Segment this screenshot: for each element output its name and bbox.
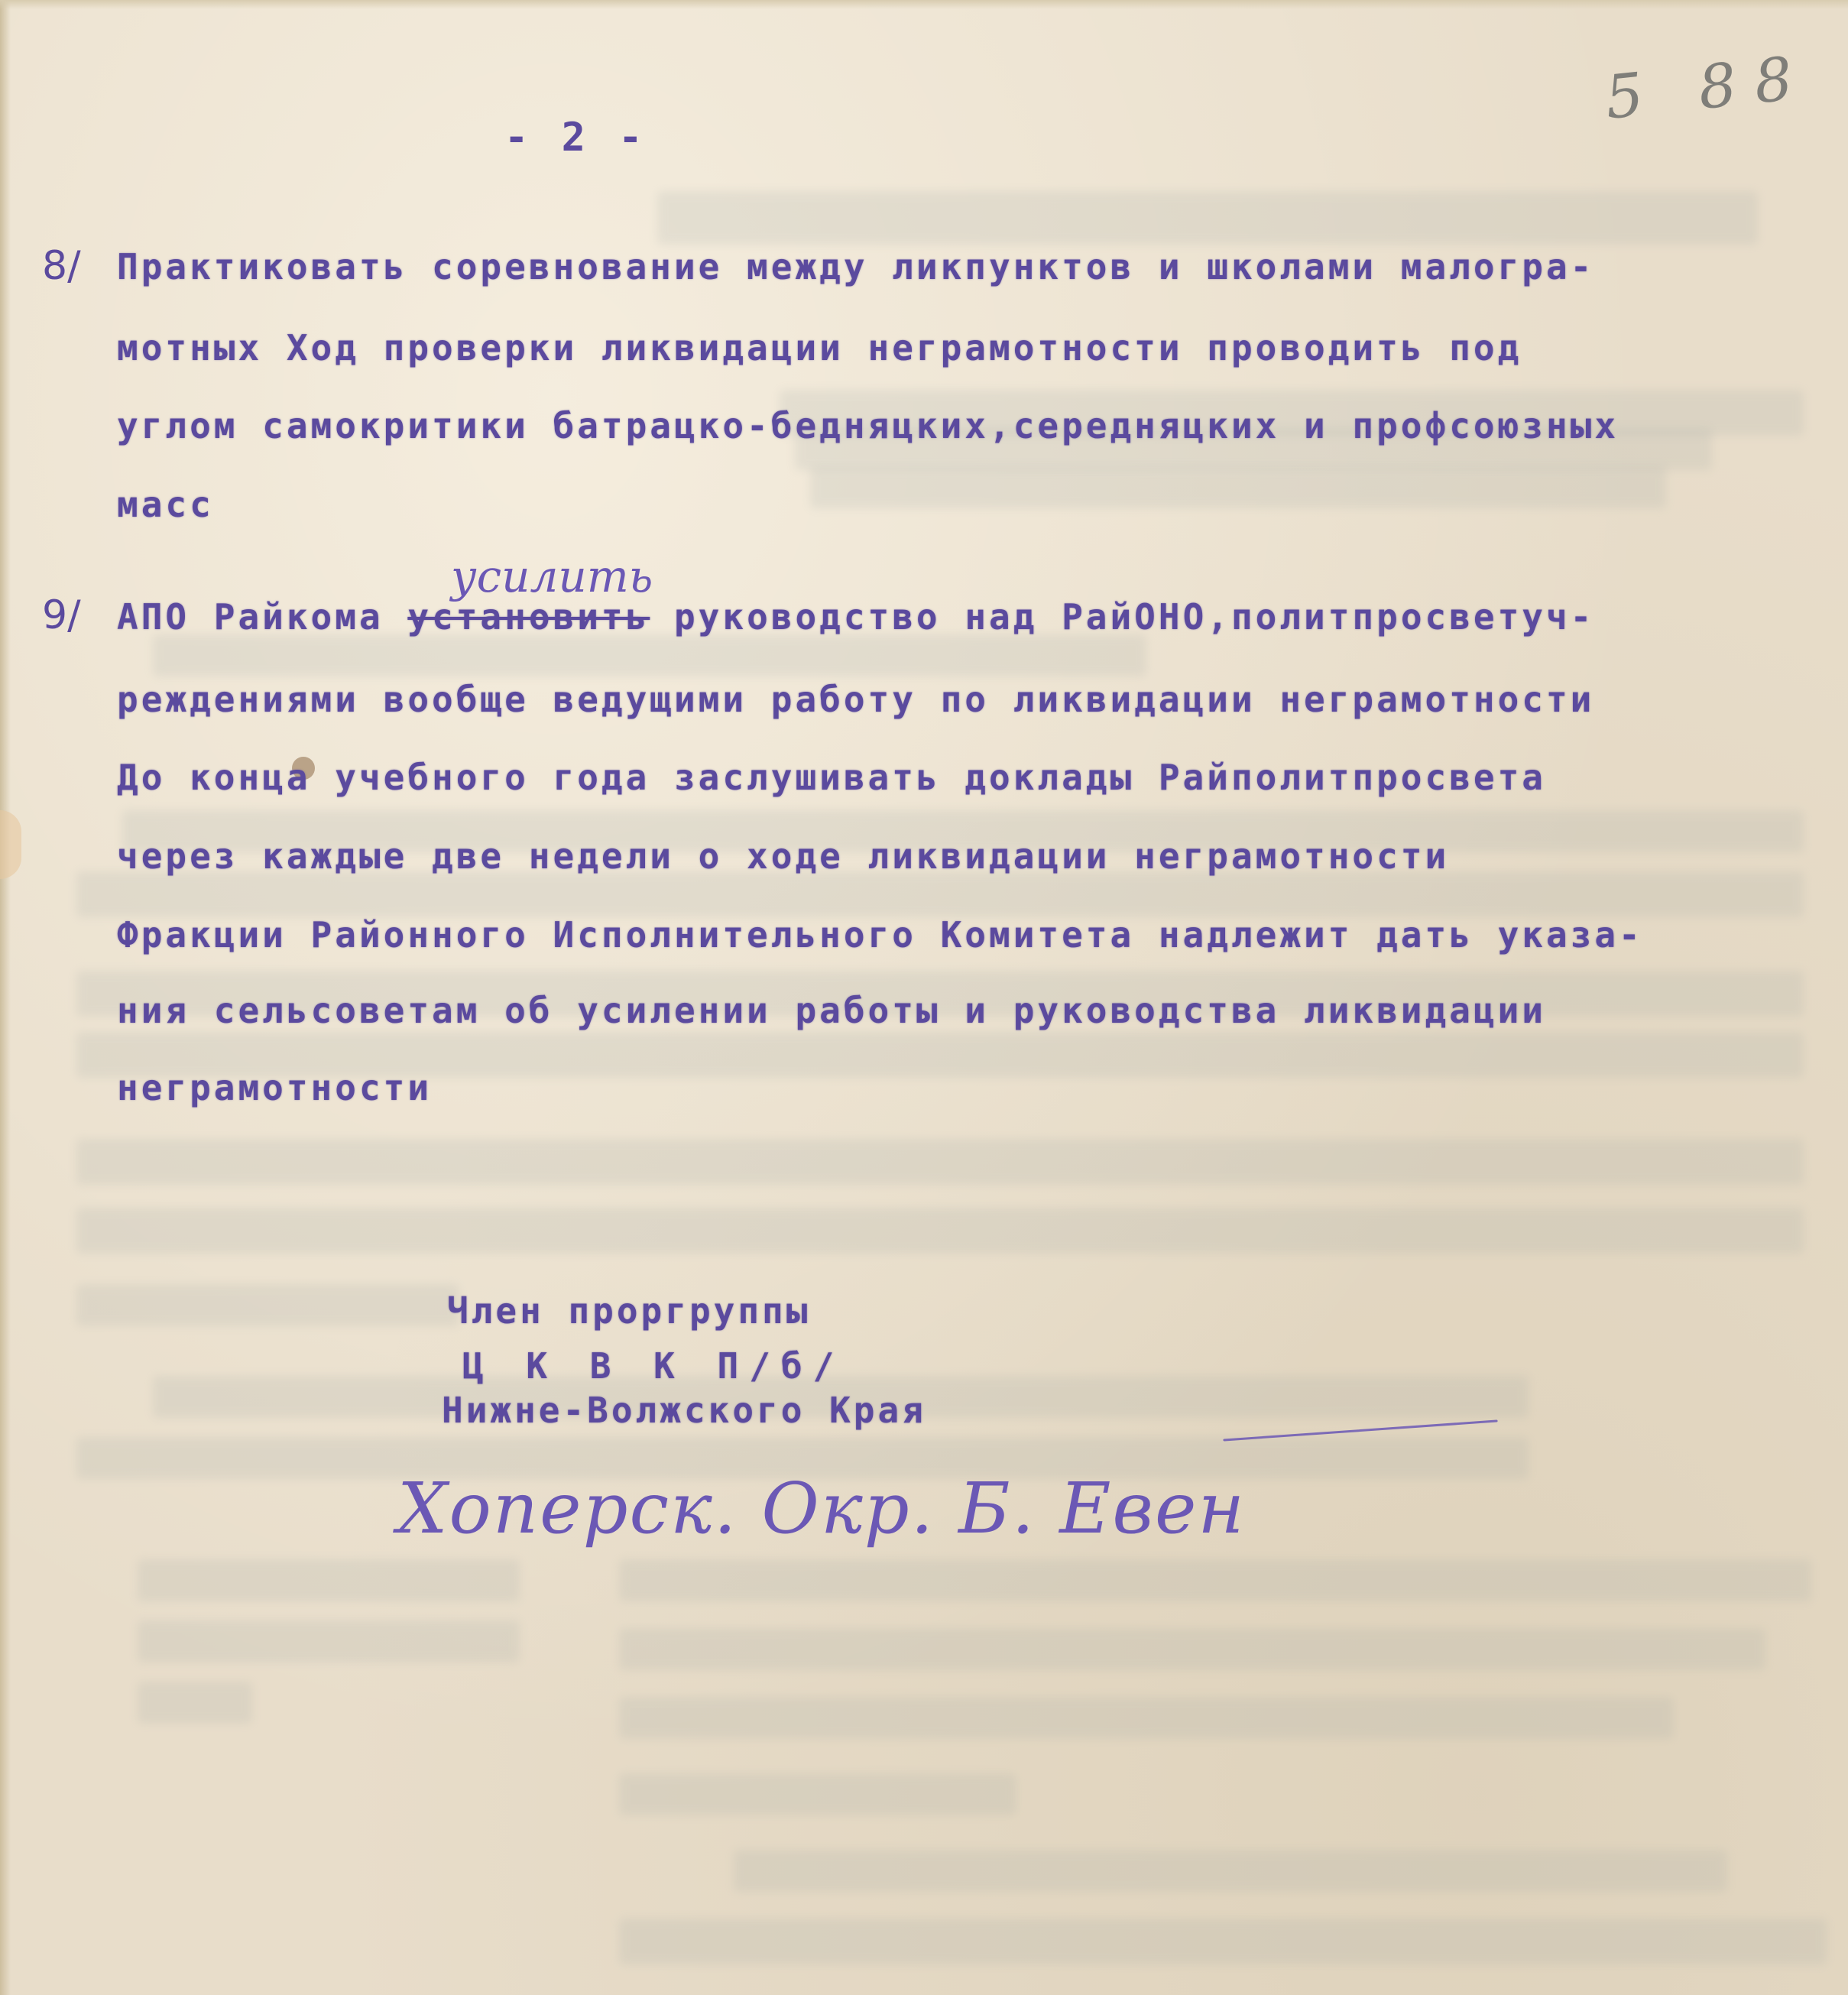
signature-title-line-2: Ц К В К П/б/ [462,1345,845,1387]
paper-stain [0,810,21,879]
item-9-line-7: неграмотности [117,1067,432,1108]
struck-word: установить [407,596,650,637]
item-8-line-3: углом самокритики батрацко-бедняцких,сер… [117,405,1619,446]
item-8-line-2: мотных Ход проверки ликвидации неграмотн… [117,327,1522,368]
handwritten-signature: Хоперск. Окр. Б. Евен [397,1468,1246,1549]
item-9-line-6: ния сельсоветам об усилении работы и рук… [117,990,1546,1031]
paper-edge-top [0,0,1848,9]
handwritten-correction: усилить [451,550,653,602]
line-text: руководство над РайОНО,политпросветуч- [650,596,1594,637]
paper-edge-left [0,0,11,1995]
item-9-line-1: АПО Райкома установить руководство над Р… [117,596,1594,637]
item-9-line-5: Фракции Районного Исполнительного Комите… [117,914,1643,955]
item-number: 9/ [42,592,81,638]
signature-title-line-1: Член проргруппы [447,1290,810,1332]
item-number: 8/ [42,243,81,289]
line-text: АПО Райкома [117,596,407,637]
page-number: - 2 - [504,115,647,161]
signature-title-line-3: Нижне-Волжского Края [442,1390,926,1431]
item-8-line-4: масс [117,484,214,525]
item-8-line-1: Практиковать соревнование между ликпункт… [117,246,1594,287]
item-9-line-2: реждениями вообще ведущими работу по лик… [117,679,1594,720]
item-9-line-3: До конца учебного года заслушивать докла… [117,757,1546,798]
item-9-line-4: через каждые две недели о ходе ликвидаци… [117,835,1449,877]
